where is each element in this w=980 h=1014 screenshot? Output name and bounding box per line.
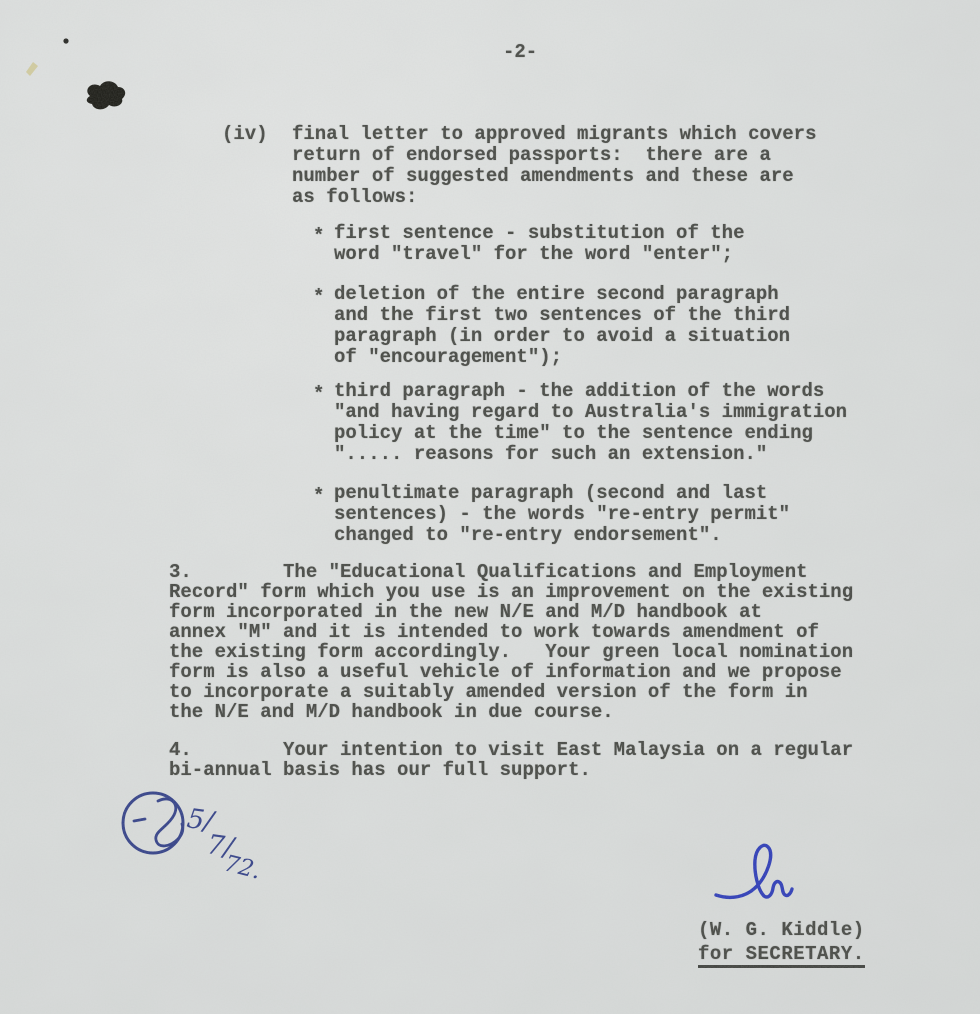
document-page: -2- (iv) final letter to approved migran… — [0, 0, 980, 1014]
paragraph-3: 3. The "Educational Qualifications and E… — [169, 562, 853, 722]
bullet-marker: * — [313, 226, 324, 247]
paper-marks — [0, 0, 220, 140]
bullet-marker: * — [313, 287, 324, 308]
initials-circle — [123, 793, 183, 853]
handwritten-date-part: 72. — [222, 851, 264, 885]
signature-stroke — [716, 845, 792, 897]
signatory-role: for SECRETARY. — [698, 944, 865, 968]
bullet-text: third paragraph - the addition of the wo… — [334, 381, 847, 465]
paper-stain — [26, 62, 38, 76]
item-iv-text: final letter to approved migrants which … — [292, 124, 817, 208]
ink-blot — [87, 81, 125, 109]
ink-dot — [63, 38, 68, 43]
paragraph-4: 4. Your intention to visit East Malaysia… — [169, 740, 853, 780]
signatory-name: (W. G. Kiddle) — [698, 920, 865, 941]
handwritten-initials-and-date: 5/ 7/ 72. — [110, 785, 300, 885]
initials-squiggle — [134, 799, 183, 846]
item-iv-label: (iv) — [222, 124, 268, 145]
page-number: -2- — [503, 42, 537, 63]
signature — [713, 840, 813, 912]
bullet-text: deletion of the entire second paragraph … — [334, 284, 790, 368]
bullet-marker: * — [313, 486, 324, 507]
bullet-text: first sentence - substitution of the wor… — [334, 223, 744, 265]
handwritten-date-part: 7/ — [205, 829, 238, 864]
bullet-marker: * — [313, 384, 324, 405]
handwritten-date-part: 5/ — [185, 803, 218, 838]
bullet-text: penultimate paragraph (second and last s… — [334, 483, 790, 546]
